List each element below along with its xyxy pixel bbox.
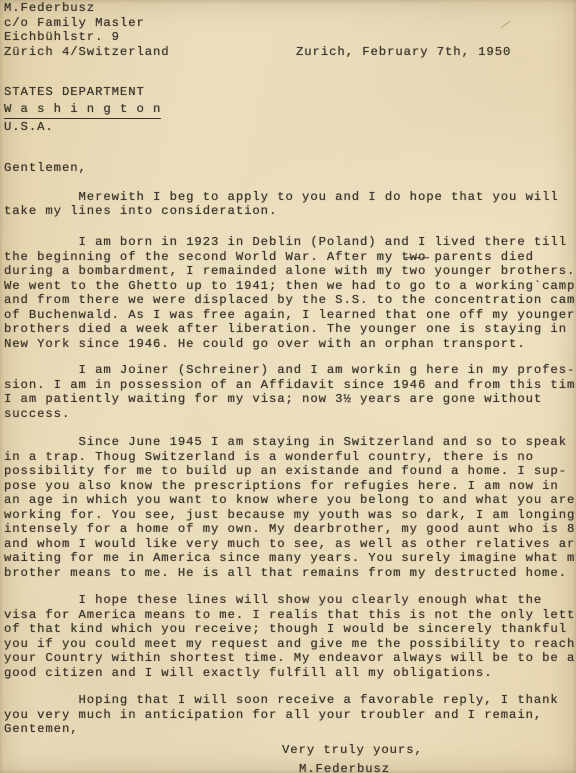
recipient-city: W a s h i n g t o n <box>4 102 161 119</box>
body-paragraph-1: Merewith I beg to apply to you and I do … <box>4 190 559 219</box>
body-paragraph-3: I am Joiner (Schreiner) and I am workin … <box>4 363 576 421</box>
body-paragraph-4: Since June 1945 I am staying in Switzerl… <box>4 435 576 580</box>
closing-phrase: Very truly yours, <box>282 743 423 758</box>
recipient-department: STATES DEPARTMENT <box>4 85 145 100</box>
recipient-country: U.S.A. <box>4 120 54 135</box>
body-paragraph-2: I am born in 1923 in Deblin (Poland) and… <box>4 235 576 351</box>
salutation: Gentlemen, <box>4 161 87 176</box>
letter-paper: M.Federbusz c/o Family Masler Eichbühlst… <box>0 0 576 773</box>
paper-crease-mark <box>501 21 511 28</box>
dateline: Zurich, February 7th, 1950 <box>296 45 511 60</box>
signature-name: M.Federbusz <box>299 762 390 773</box>
body-paragraph-6: Hoping that I will soon receive a favora… <box>4 693 559 737</box>
sender-address-block: M.Federbusz c/o Family Masler Eichbühlst… <box>4 1 170 59</box>
body-paragraph-5: I hope these lines will show you clearly… <box>4 593 576 680</box>
